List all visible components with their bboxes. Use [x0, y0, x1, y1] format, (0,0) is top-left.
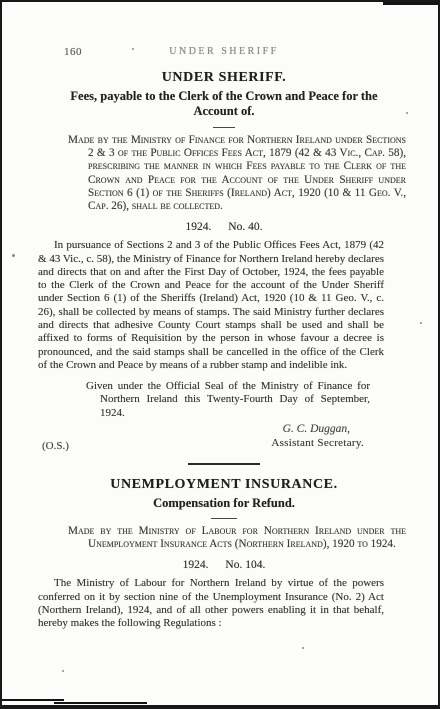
doc1-subtitle: Fees, payable to the Clerk of the Crown …	[68, 89, 380, 119]
noise-speck	[62, 670, 64, 672]
doc2-preamble: Made by the Ministry of Labour for North…	[68, 525, 406, 551]
doc2-issue-year: 1924.	[183, 559, 209, 571]
doc1-signature-row: (O.S.) G. C. Duggan, Assistant Secretary…	[38, 423, 410, 453]
signature-block: G. C. Duggan, Assistant Secretary.	[271, 423, 364, 449]
noise-speck	[302, 647, 304, 649]
doc2-body-paragraph: The Ministry of Labour for Northern Irel…	[38, 577, 384, 630]
scanned-document-page: 160 UNDER SHERIFF UNDER SHERIFF. Fees, p…	[0, 0, 440, 709]
page-header: 160 UNDER SHERIFF	[38, 46, 410, 60]
doc2-title: UNEMPLOYMENT INSURANCE.	[38, 477, 410, 493]
doc1-issue-number: No. 40.	[228, 221, 262, 233]
noise-speck	[12, 254, 15, 257]
doc1-body-paragraph: In pursuance of Sections 2 and 3 of the …	[38, 239, 384, 372]
doc1-title: UNDER SHERIFF.	[38, 70, 410, 86]
doc2-subtitle: Compensation for Refund.	[68, 496, 380, 511]
scan-artifact-bottom-left-1	[2, 699, 64, 701]
signatory-title: Assistant Secretary.	[271, 437, 364, 449]
divider-dash-small	[211, 518, 237, 519]
running-head: UNDER SHERIFF	[38, 46, 410, 57]
doc1-issue-line: 1924. No. 40.	[38, 221, 410, 233]
doc1-issue-year: 1924.	[186, 221, 212, 233]
doc2-issue-line: 1924. No. 104.	[38, 559, 410, 571]
signatory-name: G. C. Duggan,	[271, 423, 350, 435]
noise-speck	[132, 48, 134, 50]
doc2-issue-number: No. 104.	[225, 559, 265, 571]
doc1-given-clause: Given under the Official Seal of the Min…	[100, 380, 370, 420]
official-seal-note: (O.S.)	[42, 440, 69, 452]
divider-dash	[213, 127, 235, 128]
section-divider-rule	[188, 463, 260, 465]
noise-speck	[406, 112, 408, 114]
noise-speck	[420, 322, 422, 324]
doc1-preamble: Made by the Ministry of Finance for Nort…	[68, 134, 406, 213]
scan-artifact-top-right	[383, 2, 438, 5]
scan-artifact-bottom-left-2	[54, 702, 147, 704]
